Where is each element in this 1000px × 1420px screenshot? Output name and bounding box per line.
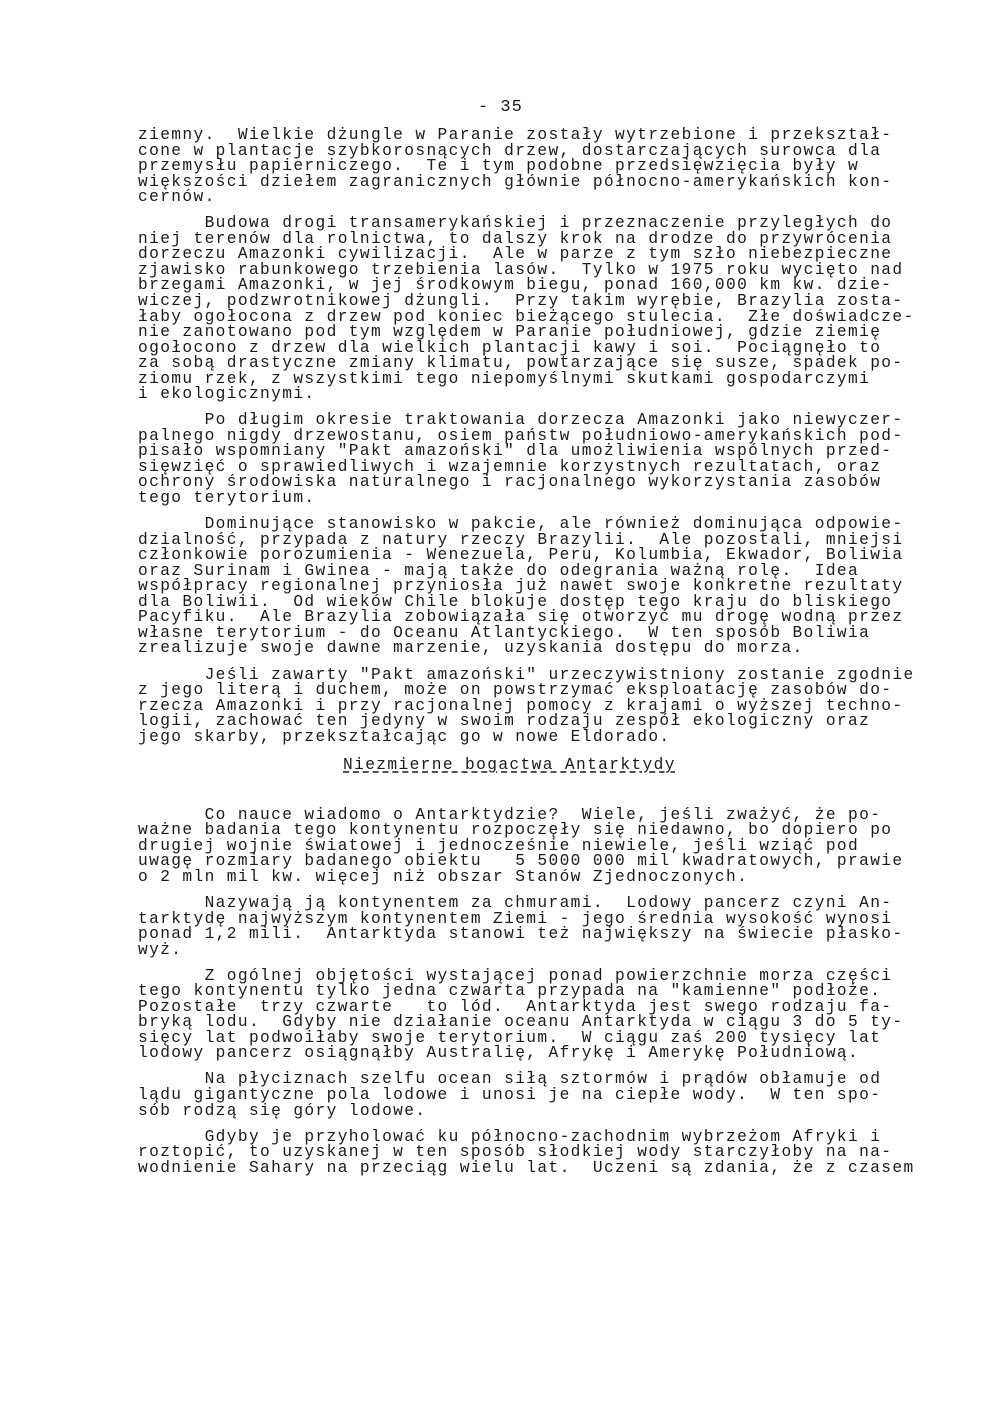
paragraph: Nazywają ją kontynentem za chmurami. Lod… (138, 896, 898, 958)
paragraph: Po długim okresie traktowania dorzecza A… (138, 413, 898, 506)
section-heading-container: Niezmierne bogactwa Antarktydy (138, 756, 898, 808)
text-line: ponad 1,2 mili. Antarktyda stanowi też n… (138, 927, 898, 943)
document-body: ziemny. Wielkie dżungle w Paranie został… (138, 128, 898, 1187)
paragraph: Jeśli zawarty "Pakt amazoński" urzeczywi… (138, 668, 898, 746)
paragraph: Dominujące stanowisko w pakcie, ale równ… (138, 517, 898, 657)
text-line: wodnienie Sahary na przeciąg wielu lat. … (138, 1161, 898, 1177)
text-line: cernów. (138, 190, 898, 206)
text-line: tego terytorium. (138, 491, 898, 507)
page-number: - 35 (478, 98, 523, 117)
paragraph: Z ogólnej objętości wystającej ponad pow… (138, 969, 898, 1062)
text-line: zrealizuje swoje dawne marzenie, uzyskan… (138, 641, 898, 657)
paragraph: ziemny. Wielkie dżungle w Paranie został… (138, 128, 898, 206)
paragraph: Gdyby je przyholować ku północno-zachodn… (138, 1130, 898, 1177)
text-line: wyż. (138, 943, 898, 959)
antarctica-section: Co nauce wiadomo o Antarktydzie? Wiele, … (138, 808, 898, 1176)
text-line: i ekologicznymi. (138, 387, 898, 403)
paragraph: Co nauce wiadomo o Antarktydzie? Wiele, … (138, 808, 898, 886)
text-line: sób rodzą się góry lodowe. (138, 1104, 898, 1120)
paragraph: Na płyciznach szelfu ocean siłą sztormów… (138, 1072, 898, 1119)
text-line: lodowy pancerz osiągnąłby Australię, Afr… (138, 1046, 898, 1062)
text-line: jego skarby, przekształcając go w nowe E… (138, 730, 898, 746)
amazon-section: ziemny. Wielkie dżungle w Paranie został… (138, 128, 898, 745)
section-heading: Niezmierne bogactwa Antarktydy (343, 756, 676, 774)
document-page: - 35 ziemny. Wielkie dżungle w Paranie z… (0, 0, 1000, 1420)
text-line: o 2 mln mil kw. więcej niż obszar Stanów… (138, 870, 898, 886)
text-line: większości dziełem zagranicznych głównie… (138, 175, 898, 191)
paragraph: Budowa drogi transamerykańskiej i przezn… (138, 216, 898, 403)
